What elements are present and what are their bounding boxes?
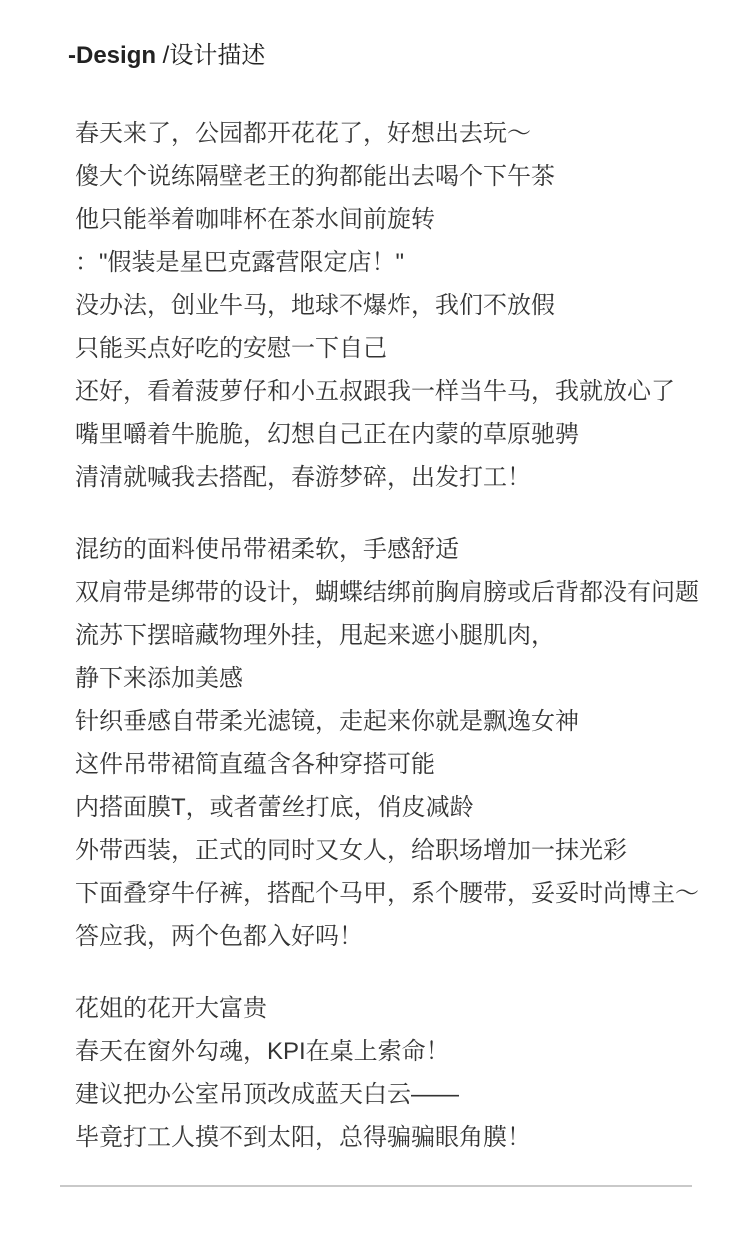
design-description-page: -Design /设计描述 春天来了，公园都开花花了，好想出去玩～ 傻大个说练隔…	[0, 0, 750, 1240]
text-line: 混纺的面料使吊带裙柔软，手感舒适	[75, 528, 714, 571]
text-line: 外带西装，正式的同时又女人，给职场增加一抹光彩	[75, 829, 714, 872]
text-line: 还好，看着菠萝仔和小五叔跟我一样当牛马，我就放心了	[75, 370, 714, 413]
paragraph-outro: 花姐的花开大富贵 春天在窗外勾魂，KPI在桌上索命！ 建议把办公室吊顶改成蓝天白…	[75, 987, 714, 1159]
text-line: 春天来了，公园都开花花了，好想出去玩～	[75, 112, 714, 155]
heading-chinese-label: /设计描述	[156, 42, 265, 69]
text-line: 毕竟打工人摸不到太阳，总得骗骗眼角膜！	[75, 1116, 714, 1159]
paragraph-intro: 春天来了，公园都开花花了，好想出去玩～ 傻大个说练隔壁老王的狗都能出去喝个下午茶…	[75, 112, 714, 499]
text-line: 静下来添加美感	[75, 657, 714, 700]
text-line: ："假装是星巴克露营限定店！"	[75, 241, 714, 284]
text-line: 只能买点好吃的安慰一下自己	[75, 327, 714, 370]
text-line: 内搭面膜T，或者蕾丝打底，俏皮减龄	[75, 786, 714, 829]
heading-english-label: -Design	[68, 42, 156, 69]
text-line: 没办法，创业牛马，地球不爆炸，我们不放假	[75, 284, 714, 327]
text-line: 清清就喊我去搭配，春游梦碎，出发打工！	[75, 456, 714, 499]
text-line: 针织垂感自带柔光滤镜，走起来你就是飘逸女神	[75, 700, 714, 743]
section-heading: -Design /设计描述	[68, 34, 710, 77]
text-line: 嘴里嚼着牛脆脆，幻想自己正在内蒙的草原驰骋	[75, 413, 714, 456]
text-line: 春天在窗外勾魂，KPI在桌上索命！	[75, 1030, 714, 1073]
text-line: 答应我，两个色都入好吗！	[75, 915, 714, 958]
text-line: 双肩带是绑带的设计，蝴蝶结绑前胸肩膀或后背都没有问题	[75, 571, 714, 614]
paragraph-product-features: 混纺的面料使吊带裙柔软，手感舒适 双肩带是绑带的设计，蝴蝶结绑前胸肩膀或后背都没…	[75, 528, 714, 958]
text-line: 傻大个说练隔壁老王的狗都能出去喝个下午茶	[75, 155, 714, 198]
section-divider	[60, 1185, 692, 1187]
text-line: 流苏下摆暗藏物理外挂，甩起来遮小腿肌肉，	[75, 614, 714, 657]
text-line: 建议把办公室吊顶改成蓝天白云——	[75, 1073, 714, 1116]
text-line: 他只能举着咖啡杯在茶水间前旋转	[75, 198, 714, 241]
text-line: 花姐的花开大富贵	[75, 987, 714, 1030]
text-line: 下面叠穿牛仔裤，搭配个马甲，系个腰带，妥妥时尚博主～	[75, 872, 714, 915]
text-line: 这件吊带裙简直蕴含各种穿搭可能	[75, 743, 714, 786]
